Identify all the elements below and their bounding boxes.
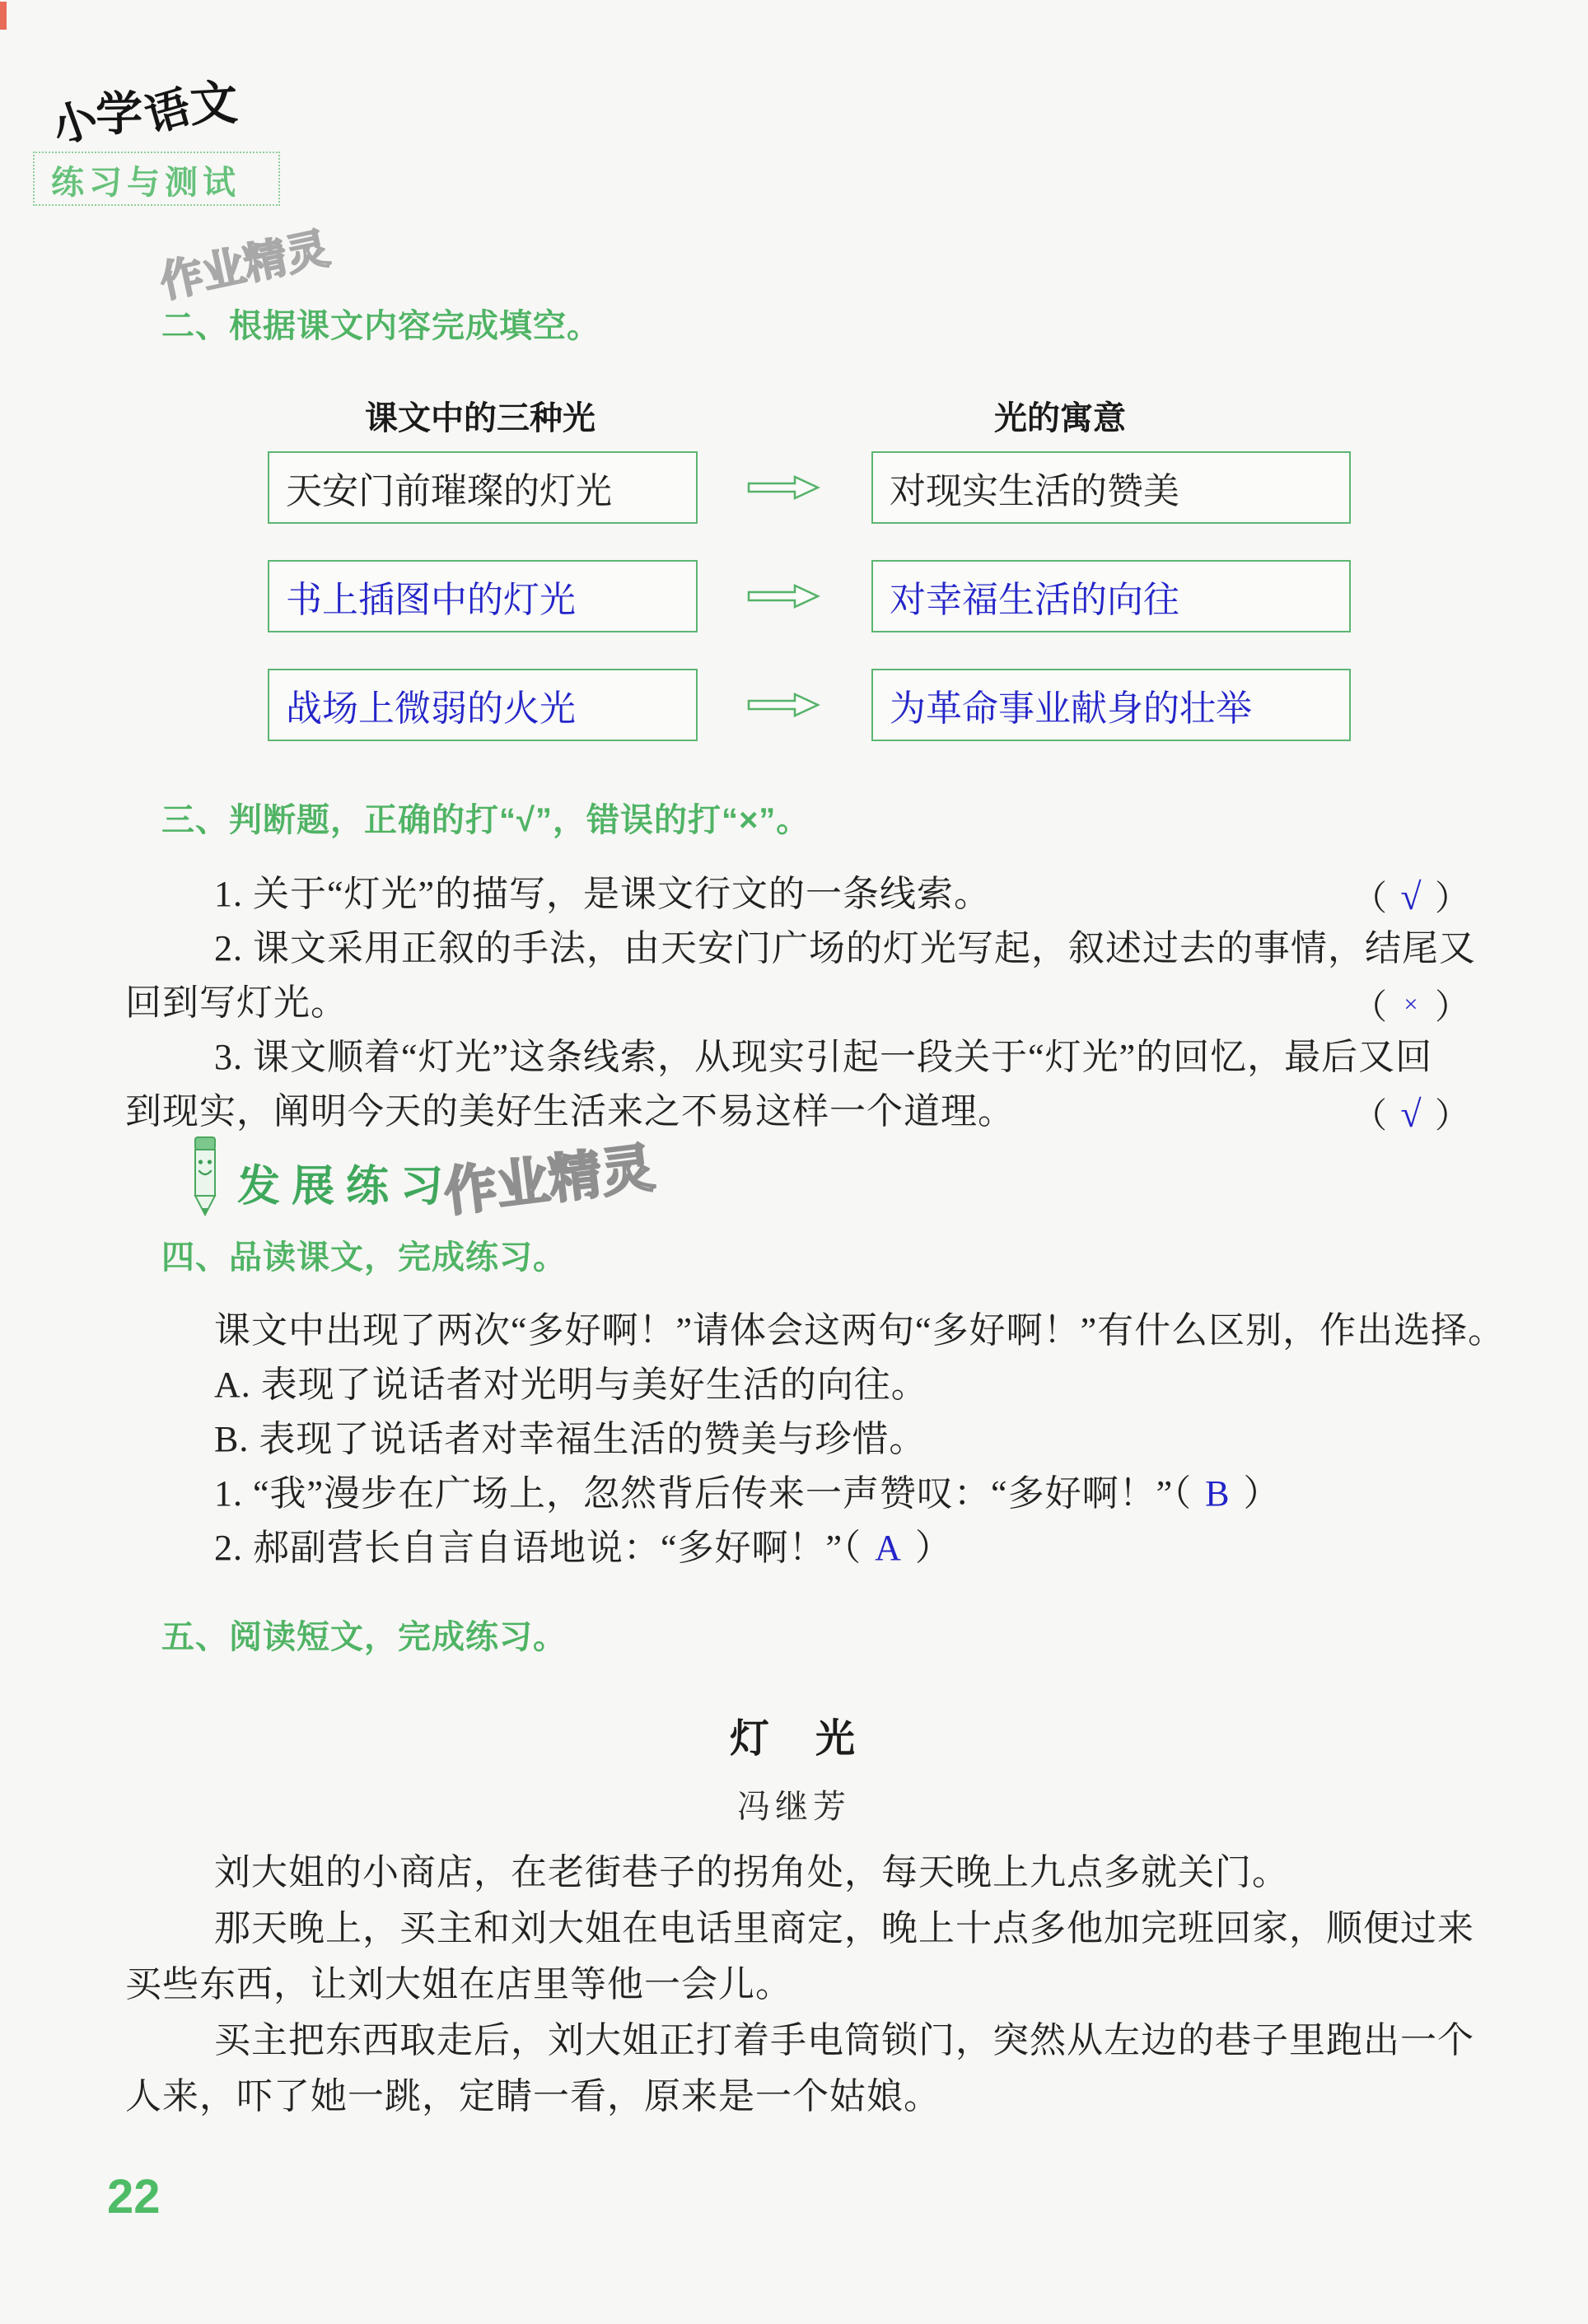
paren-close: ） — [1435, 1089, 1469, 1138]
question-text: 2. 郝副营长自言自语地说：“多好啊！” — [214, 1528, 843, 1568]
watermark: 作业精灵 — [153, 213, 334, 310]
paren-open: （ — [1173, 1473, 1192, 1514]
paren-close: ） — [1435, 871, 1469, 921]
brand-char: 文 — [188, 63, 241, 135]
answer-mark: × — [1387, 991, 1435, 1019]
section2-heading: 二、根据课文内容完成填空。 — [161, 300, 600, 347]
passage-paragraph-2-line2: 买些东西，让刘大姐在店里等他一会儿。 — [125, 1963, 792, 2006]
judgment-answer-3: （ √ ） — [1352, 1089, 1469, 1138]
table-row-right-cell: 为革命事业献身的壮举 — [871, 669, 1351, 741]
paren-close: ） — [915, 1528, 952, 1568]
section3-heading: 三、判断题，正确的打“√”，错误的打“×”。 — [161, 794, 810, 841]
answer-mark: √ — [1387, 1092, 1435, 1136]
paren-open: （ — [1352, 980, 1387, 1029]
judgment-question-2-line1: 2. 课文采用正叙的手法，由天安门广场的灯光写起，叙述过去的事情，结尾又 — [214, 927, 1476, 970]
passage-paragraph-3-line1: 买主把东西取走后，刘大姐正打着手电筒锁门，突然从左边的巷子里跑出一个 — [214, 2019, 1474, 2062]
paren-open: （ — [1352, 871, 1387, 921]
section4-option-b: B. 表现了说话者对幸福生活的赞美与珍惜。 — [214, 1418, 926, 1461]
arrow-right-icon — [745, 581, 821, 611]
right-column-header: 光的寓意 — [994, 392, 1126, 439]
table-row-right-cell: 对现实生活的赞美 — [871, 451, 1351, 524]
judgment-answer-1: （ √ ） — [1352, 871, 1469, 921]
section4-heading: 四、品读课文，完成练习。 — [161, 1231, 567, 1278]
question-text: 1. “我”漫步在广场上，忽然背后传来一声赞叹：“多好啊！” — [214, 1473, 1173, 1514]
section4-question-1: 1. “我”漫步在广场上，忽然背后传来一声赞叹：“多好啊！”（B） — [214, 1472, 1280, 1515]
section4-intro: 课文中出现了两次“多好啊！”请体会这两句“多好啊！”有什么区别，作出选择。 — [214, 1309, 1505, 1352]
table-row-left-cell: 天安门前璀璨的灯光 — [268, 451, 698, 524]
choice-answer: B — [1192, 1473, 1243, 1514]
choice-answer: A — [862, 1528, 915, 1568]
judgment-question-1: 1. 关于“灯光”的描写，是课文行文的一条线索。 — [214, 873, 991, 916]
judgment-question-3-line1: 3. 课文顺着“灯光”这条线索，从现实引起一段关于“灯光”的回忆，最后又回 — [214, 1036, 1432, 1079]
section5-heading: 五、阅读短文，完成练习。 — [161, 1611, 567, 1658]
brand-title: 小学语文 — [46, 63, 243, 152]
workbook-page: 小学语文 练习与测试 作业精灵 作业精灵 二、根据课文内容完成填空。 课文中的三… — [0, 0, 1588, 2324]
paren-open: （ — [1352, 1089, 1387, 1138]
paren-open: （ — [843, 1528, 862, 1568]
judgment-question-2-line2: 回到写灯光。 — [125, 982, 348, 1024]
table-row-right-cell: 对幸福生活的向往 — [871, 560, 1351, 632]
passage-paragraph-3-line2: 人来，吓了她一跳，定睛一看，原来是一个姑娘。 — [125, 2075, 941, 2118]
paren-close: ） — [1243, 1473, 1280, 1514]
pencil-icon — [188, 1135, 222, 1219]
brand-subtitle: 练习与测试 — [51, 156, 241, 203]
page-number: 22 — [107, 2169, 161, 2224]
passage-author: 冯继芳 — [0, 1780, 1588, 1827]
answer-mark: √ — [1387, 875, 1435, 918]
judgment-answer-2: （ × ） — [1352, 980, 1469, 1029]
section4-question-2: 2. 郝副营长自言自语地说：“多好啊！”（A） — [214, 1527, 952, 1570]
passage-title: 灯 光 — [0, 1706, 1588, 1763]
arrow-right-icon — [745, 690, 821, 720]
arrow-right-icon — [745, 473, 821, 502]
table-row-left-cell: 书上插图中的灯光 — [268, 560, 698, 632]
dev-exercise-banner: 发展练习 — [237, 1151, 455, 1213]
watermark: 作业精灵 — [439, 1126, 657, 1227]
passage-paragraph-2-line1: 那天晚上，买主和刘大姐在电话里商定，晚上十点多他加完班回家，顺便过来 — [214, 1907, 1474, 1950]
left-column-header: 课文中的三种光 — [365, 392, 595, 439]
section4-option-a: A. 表现了说话者对光明与美好生活的向往。 — [214, 1364, 928, 1407]
paren-close: ） — [1435, 980, 1469, 1029]
judgment-question-3-line2: 到现实，阐明今天的美好生活来之不易这样一个道理。 — [125, 1090, 1015, 1133]
scan-artifact — [0, 2, 7, 30]
passage-paragraph-1: 刘大姐的小商店，在老街巷子的拐角处，每天晚上九点多就关门。 — [214, 1851, 1289, 1894]
table-row-left-cell: 战场上微弱的火光 — [268, 669, 698, 741]
